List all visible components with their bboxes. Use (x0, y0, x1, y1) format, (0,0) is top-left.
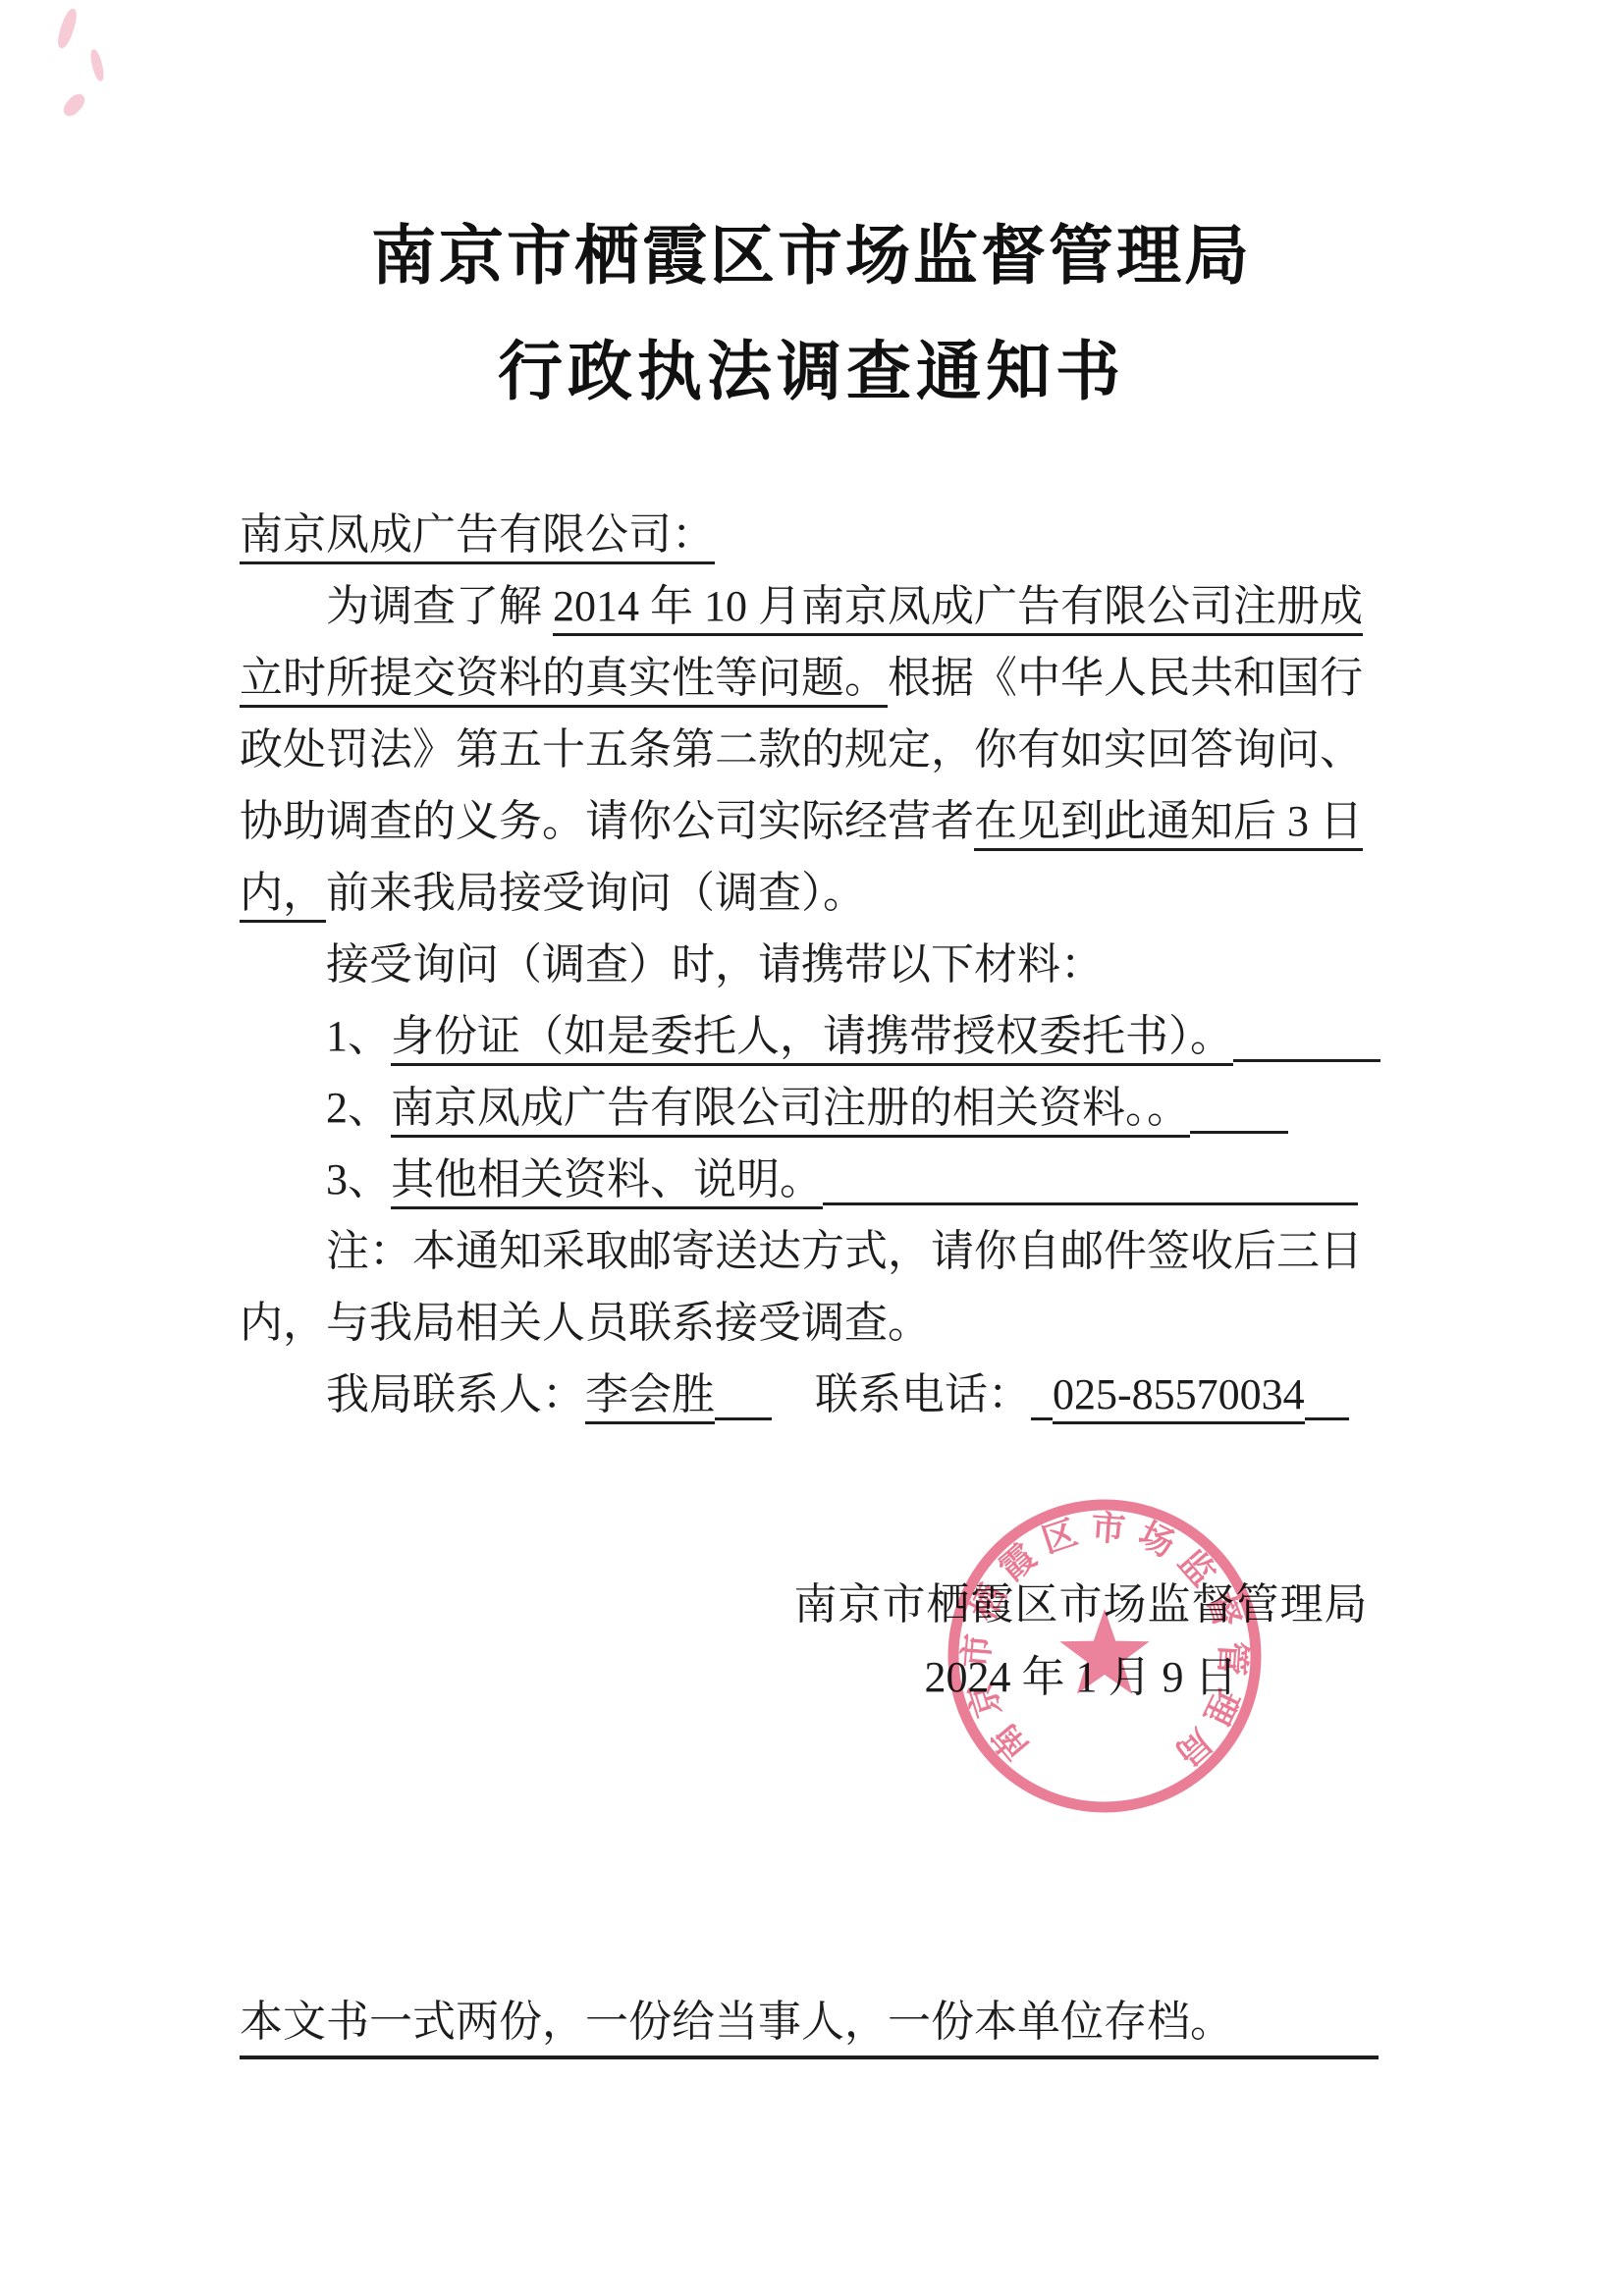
body-line: 内，与我局相关人员联系接受调查。 (240, 1287, 1408, 1359)
body-line: 我局联系人：李会胜 联系电话：025-85570034 (240, 1359, 1408, 1430)
text-run: 联系电话： (772, 1370, 1031, 1418)
body-line: 立时所提交资料的真实性等问题。根据《中华人民共和国行 (240, 642, 1408, 714)
blank-underline (715, 1375, 772, 1420)
text-run: 协助调查的义务。请你公司实际经营者 (240, 797, 974, 845)
blank-underline (1190, 1089, 1288, 1134)
body-line: 政处罚法》第五十五条第二款的规定，你有如实回答询问、 (240, 714, 1408, 785)
blank-underline (1305, 1375, 1349, 1420)
document-title-line1: 南京市栖霞区市场监督管理局 (0, 222, 1623, 294)
body-line: 注：本通知采取邮寄送达方式，请你自邮件签收后三日 (240, 1215, 1408, 1287)
blank-underline (1031, 1375, 1053, 1420)
text-run: 1、 (326, 1012, 391, 1060)
underlined-text: 内， (240, 869, 326, 923)
text-run: 3、 (326, 1155, 391, 1203)
body-line: 南京凤成广告有限公司： (240, 499, 1408, 570)
document-title-line2: 行政执法调查通知书 (0, 338, 1623, 409)
underlined-text: 身份证（如是委托人，请携带授权委托书）。 (391, 1012, 1233, 1066)
body-lines: 南京凤成广告有限公司：为调查了解 2014 年 10 月南京凤成广告有限公司注册… (240, 499, 1408, 1430)
underlined-text: 025-85570034 (1053, 1370, 1305, 1424)
body-line: 协助调查的义务。请你公司实际经营者在见到此通知后 3 日 (240, 785, 1408, 857)
body-line: 接受询问（调查）时，请携带以下材料： (240, 929, 1408, 1000)
text-run: 根据《中华人民共和国行 (888, 654, 1363, 702)
body-line: 为调查了解 2014 年 10 月南京凤成广告有限公司注册成 (240, 570, 1408, 642)
official-seal-stamp: 南京市栖霞区市场监督管理局 (940, 1491, 1270, 1821)
text-run: 2、 (326, 1084, 391, 1132)
text-run: 内，与我局相关人员联系接受调查。 (240, 1299, 931, 1347)
document-page: 南京市栖霞区市场监督管理局 行政执法调查通知书 南京凤成广告有限公司：为调查了解… (0, 0, 1623, 2296)
text-run: 政处罚法》第五十五条第二款的规定，你有如实回答询问、 (240, 725, 1363, 774)
underlined-text: 2014 年 10 月南京凤成广告有限公司注册成 (553, 582, 1363, 636)
underlined-text: 立时所提交资料的真实性等问题。 (240, 654, 888, 708)
underlined-text: 南京凤成广告有限公司： (240, 510, 715, 564)
ink-smudge (88, 48, 106, 81)
text-run: 注：本通知采取邮寄送达方式，请你自邮件签收后三日 (326, 1227, 1363, 1275)
text-run: 为调查了解 (326, 582, 553, 630)
underlined-text: 其他相关资料、说明。 (391, 1155, 823, 1209)
underlined-text: 南京凤成广告有限公司注册的相关资料。。 (391, 1084, 1190, 1138)
ink-smudge (60, 90, 88, 119)
blank-underline (1233, 1017, 1380, 1062)
underlined-text: 在见到此通知后 3 日 (974, 797, 1363, 851)
footer-note: 本文书一式两份，一份给当事人，一份本单位存档。 (240, 1993, 1379, 2059)
footer-text: 本文书一式两份，一份给当事人，一份本单位存档。 (240, 1993, 1379, 2059)
blank-underline (823, 1160, 1358, 1205)
body-line: 3、其他相关资料、说明。 (240, 1144, 1408, 1215)
text-run: 接受询问（调查）时，请携带以下材料： (326, 940, 1104, 988)
body-line: 内，前来我局接受询问（调查）。 (240, 857, 1408, 929)
underlined-text: 李会胜 (585, 1370, 715, 1424)
text-run: 我局联系人： (326, 1370, 585, 1418)
body-line: 2、南京凤成广告有限公司注册的相关资料。。 (240, 1072, 1408, 1144)
ink-smudge (55, 7, 80, 50)
body-line: 1、身份证（如是委托人，请携带授权委托书）。 (240, 1000, 1408, 1072)
seal-star-icon (1059, 1609, 1149, 1694)
text-run: 前来我局接受询问（调查）。 (326, 869, 866, 917)
